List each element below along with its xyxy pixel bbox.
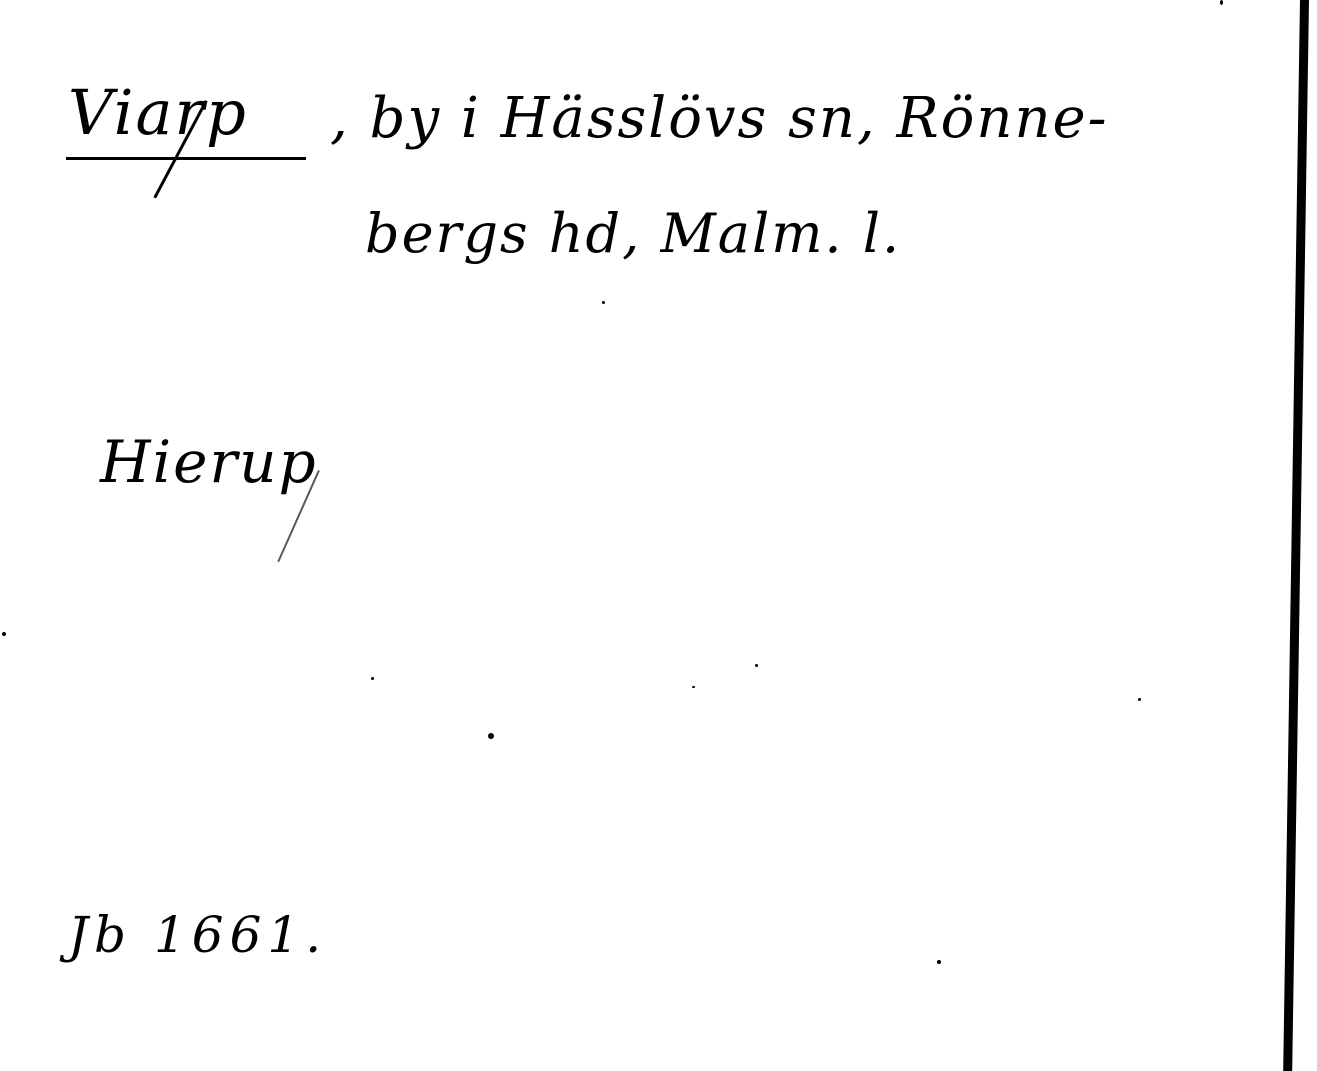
historical-variant-form: Hierup [100, 428, 318, 496]
scan-speck [755, 664, 758, 667]
scan-speck [1220, 0, 1223, 5]
location-description-line-2: bergs hd, Malm. l. [365, 202, 901, 266]
scan-speck [692, 686, 695, 688]
scan-speck [602, 301, 605, 304]
index-card: Viarp , by i Hässlövs sn, Rönne- bergs h… [0, 0, 1317, 1071]
place-name-headword: Viarp [68, 78, 248, 148]
headword-underline [66, 157, 306, 160]
scan-speck [1138, 698, 1141, 701]
scan-speck [2, 632, 6, 636]
source-reference: Jb 1661. [68, 905, 327, 965]
scan-speck [488, 733, 494, 739]
scan-speck [371, 677, 374, 680]
scan-speck [937, 960, 941, 964]
card-edge-border [1283, 0, 1309, 1071]
location-description-line-1: , by i Hässlövs sn, Rönne- [330, 84, 1109, 154]
